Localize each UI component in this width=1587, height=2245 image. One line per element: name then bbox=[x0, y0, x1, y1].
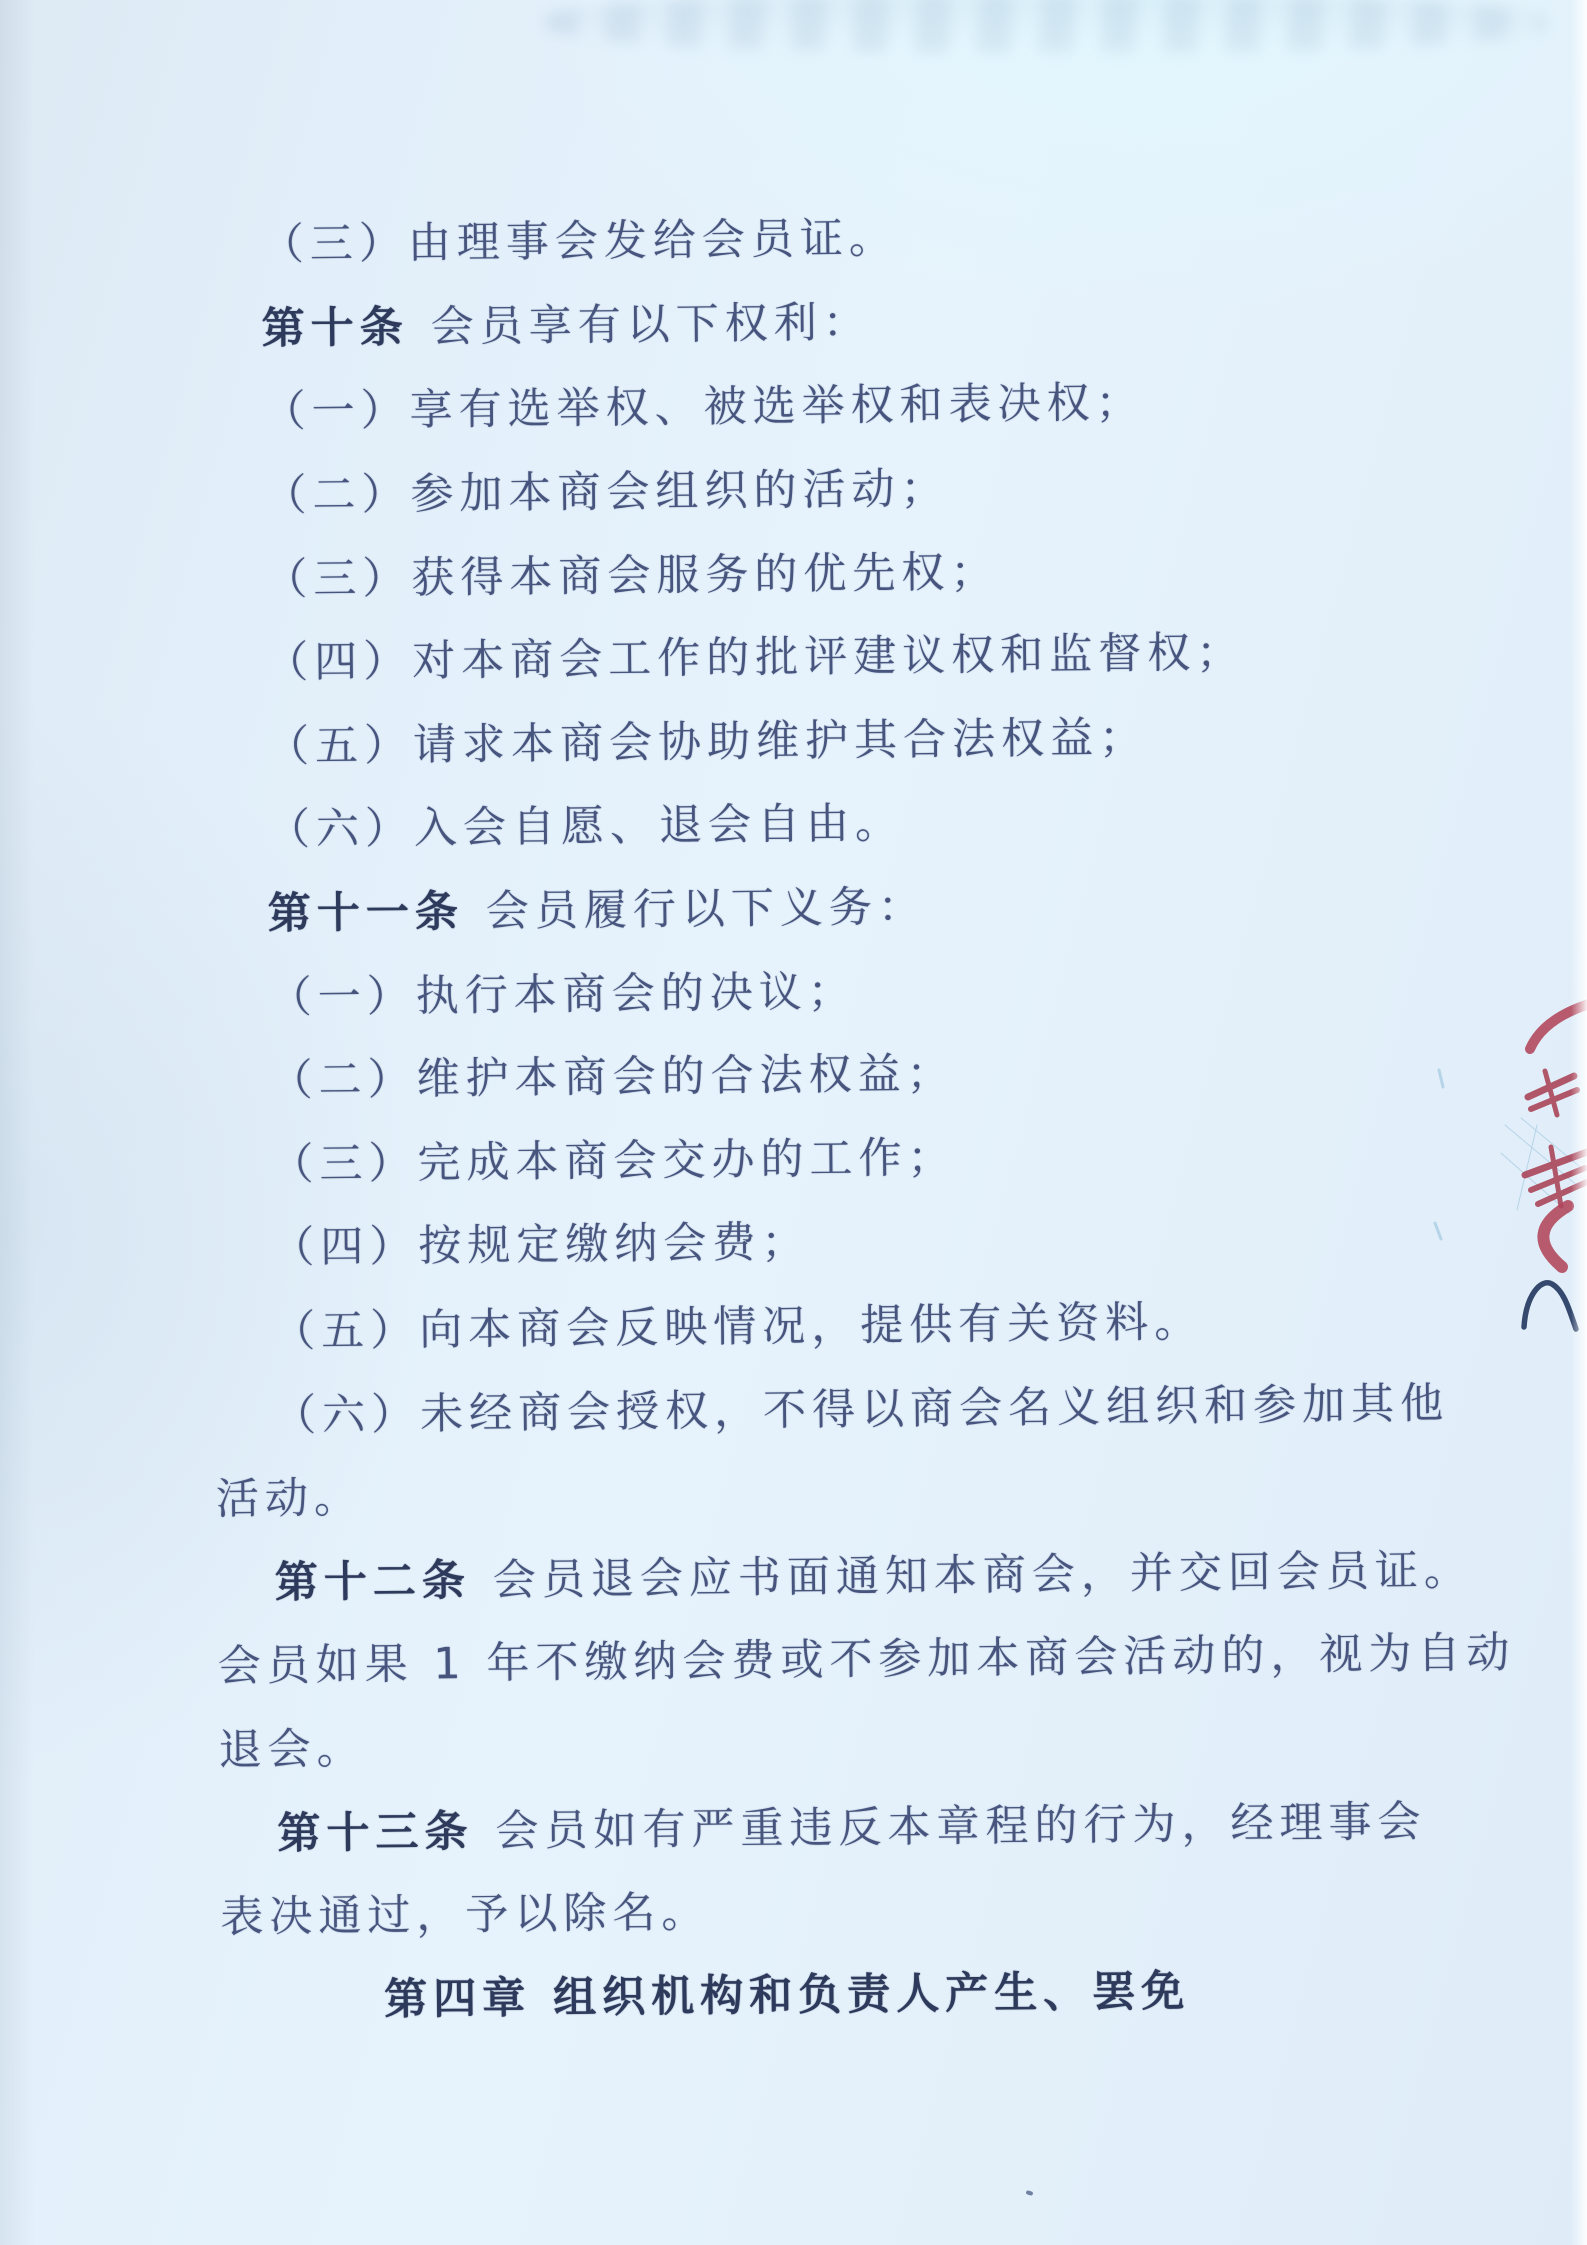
article-line: 第十一条会员履行以下义务： bbox=[209, 856, 1472, 953]
article-line: 第十条会员享有以下权利： bbox=[203, 271, 1466, 368]
line-text: 表决通过，予以除名。 bbox=[220, 1879, 711, 1945]
line-text: 活动。 bbox=[216, 1464, 364, 1527]
line-text: （一）享有选举权、被选举权和表决权； bbox=[262, 369, 1145, 439]
line-text: （四）对本商会工作的批评建议权和监督权； bbox=[265, 619, 1246, 690]
scanned-page: （三）由理事会发给会员证。 第十条会员享有以下权利： （一）享有选举权、被选举权… bbox=[0, 0, 1587, 2245]
text-line: 会员如果 1 年不缴纳会费或不参加本商会活动的，视为自动 bbox=[217, 1608, 1480, 1705]
text-line: （五）请求本商会协助维护其合法权益； bbox=[208, 689, 1471, 786]
line-text: （四）按规定缴纳会费； bbox=[271, 1209, 811, 1276]
chapter-title: 组织机构和负责人产生、罢免 bbox=[553, 1957, 1191, 2025]
text-line: （四）对本商会工作的批评建议权和监督权； bbox=[207, 605, 1470, 702]
article-lead: 第十二条 bbox=[275, 1547, 472, 1610]
text-line: （五）向本商会反映情况，提供有关资料。 bbox=[214, 1274, 1477, 1371]
text-line: 活动。 bbox=[216, 1441, 1479, 1538]
line-text: （三）由理事会发给会员证。 bbox=[261, 205, 899, 273]
ink-speck bbox=[1026, 2190, 1034, 2196]
line-text: （五）请求本商会协助维护其合法权益； bbox=[266, 704, 1149, 774]
line-text: 会员退会应书面通知本商会，并交回会员证。 bbox=[493, 1536, 1474, 1607]
document-text-block: （三）由理事会发给会员证。 第十条会员享有以下权利： （一）享有选举权、被选举权… bbox=[202, 187, 1483, 2039]
article-lead: 第十一条 bbox=[268, 878, 465, 941]
seal-character-strokes-upper bbox=[1528, 1071, 1577, 1115]
line-text: 会员如有严重违反本章程的行为，经理事会 bbox=[495, 1788, 1427, 1859]
text-line: （三）完成本商会交办的工作； bbox=[212, 1107, 1475, 1204]
article-lead: 第十三条 bbox=[277, 1797, 474, 1860]
text-line: （一）执行本商会的决议； bbox=[210, 940, 1473, 1037]
seal-ring-arc-left bbox=[1543, 1206, 1568, 1267]
line-text: 会员如果 1 年不缴纳会费或不参加本商会活动的，视为自动 bbox=[217, 1619, 1515, 1694]
text-line: （二）参加本商会组织的活动； bbox=[205, 438, 1468, 535]
line-text: （五）向本商会反映情况，提供有关资料。 bbox=[272, 1288, 1204, 1359]
text-line: （一）享有选举权、被选举权和表决权； bbox=[204, 355, 1467, 452]
red-seal-stamp bbox=[1427, 975, 1587, 1335]
chapter-number: 第四章 bbox=[384, 1964, 532, 2027]
line-text: （六）入会自愿、退会自由。 bbox=[267, 790, 905, 858]
left-edge-shade bbox=[0, 0, 34, 2245]
line-text: 退会。 bbox=[218, 1715, 366, 1778]
line-text: （一）执行本商会的决议； bbox=[268, 957, 857, 1024]
line-text: （二）参加本商会组织的活动； bbox=[263, 455, 950, 523]
line-text: （三）获得本商会服务的优先权； bbox=[264, 538, 1000, 607]
text-line: （六）入会自愿、退会自由。 bbox=[209, 773, 1472, 870]
text-line: （四）按规定缴纳会费； bbox=[213, 1191, 1476, 1288]
ghost-smudge bbox=[545, 0, 1545, 52]
pen-squiggle-mark bbox=[1524, 1283, 1576, 1329]
line-text: （二）维护本商会的合法权益； bbox=[269, 1040, 956, 1108]
chapter-heading: 第四章组织机构和负责人产生、罢免 bbox=[221, 1943, 1484, 2040]
text-line: （三）获得本商会服务的优先权； bbox=[206, 522, 1469, 619]
text-line: （二）维护本商会的合法权益； bbox=[211, 1023, 1474, 1120]
line-text: （六）未经商会授权，不得以商会名义组织和参加其他 bbox=[273, 1369, 1450, 1442]
text-line: （三）由理事会发给会员证。 bbox=[202, 187, 1465, 284]
text-line: （六）未经商会授权，不得以商会名义组织和参加其他 bbox=[215, 1358, 1478, 1455]
article-lead: 第十条 bbox=[261, 293, 409, 356]
article-line: 第十三条会员如有严重违反本章程的行为，经理事会 bbox=[219, 1776, 1482, 1873]
line-text: （三）完成本商会交办的工作； bbox=[270, 1124, 957, 1192]
line-text: 会员享有以下权利： bbox=[430, 289, 872, 355]
text-line: 退会。 bbox=[218, 1692, 1481, 1789]
text-line: 表决通过，予以除名。 bbox=[220, 1859, 1483, 1956]
line-text: 会员履行以下义务： bbox=[486, 873, 928, 939]
right-edge-highlight bbox=[1571, 0, 1587, 2245]
article-line: 第十二条会员退会应书面通知本商会，并交回会员证。 bbox=[216, 1525, 1479, 1622]
